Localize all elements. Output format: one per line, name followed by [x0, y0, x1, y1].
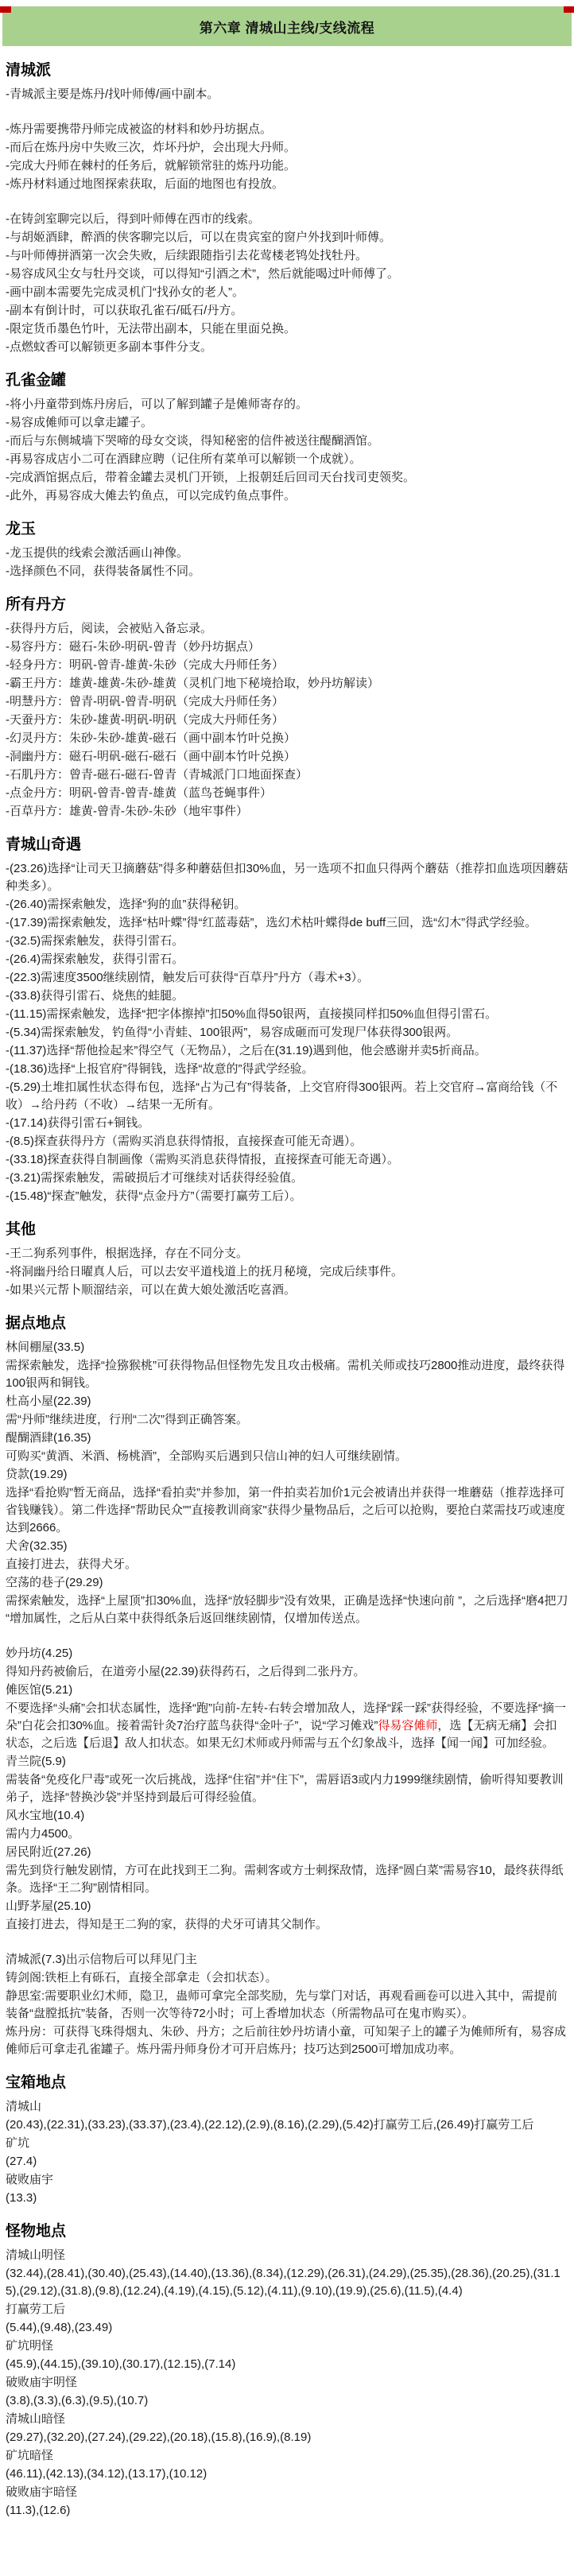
- section: 龙玉-龙玉提供的线索会激活画山神像。-选择颜色不同，获得装备属性不同。: [6, 520, 568, 580]
- text-line: 炼丹房：可获得飞珠得烟丸、朱砂、丹方；之后前往妙丹坊请小童，可知架子上的罐子为傩…: [6, 2023, 568, 2058]
- text-line: -(15.48)“探查”触发，获得“点金丹方”（需要打赢劳工后）。: [6, 1188, 568, 1205]
- section: 据点地点林间棚屋(33.5)需探索触发，选择“捡猕猴桃”可获得物品但怪物先发且攻…: [6, 1314, 568, 2058]
- section: 青城山奇遇-(23.26)选择“让司天卫摘蘑菇”得多种蘑菇但扣30%血，另一选项…: [6, 836, 568, 1205]
- text-line: -选择颜色不同，获得装备属性不同。: [6, 563, 568, 580]
- text-line: -石肌丹方：曾青-磁石-磁石-曾青（青城派门口地面探查）: [6, 766, 568, 784]
- text-line: (27.4): [6, 2153, 568, 2171]
- text-line: -(33.18)探查获得自制画像（需购买消息获得情报，直接探查可能无奇遇）。: [6, 1151, 568, 1169]
- text-line: -再易容成店小二可在酒肆应聘（记住所有菜单可以解锁一个成就）。: [6, 451, 568, 468]
- text-line: 傩医馆(5.21): [6, 1682, 568, 1699]
- section-heading: 龙玉: [6, 520, 568, 539]
- section: 孔雀金罐-将小丹童带到炼丹房后，可以了解到罐子是傩师寄存的。-易容成傩师可以拿走…: [6, 371, 568, 505]
- text-line: -而后在炼丹房中失败三次，炸坏丹炉，会出现大丹师。: [6, 139, 568, 157]
- text-line: -青城派主要是炼丹/找叶师傅/画中副本。: [6, 86, 568, 103]
- text-line: -完成大丹师在棘村的任务后，就解锁常驻的炼丹功能。: [6, 157, 568, 175]
- text-line: -(18.36)选择“上报官府”得铜钱，选择“故意的”得武学经验。: [6, 1061, 568, 1078]
- text-line: 空荡的巷子(29.29): [6, 1574, 568, 1592]
- section-heading: 宝箱地点: [6, 2074, 568, 2093]
- guide-page: 第六章 清城山主线/支线流程 清城派-青城派主要是炼丹/找叶师傅/画中副本。-炼…: [0, 6, 574, 2576]
- section: 所有丹方-获得丹方后，阅读，会被贴入备忘录。-易容丹方：磁石-朱砂-明矾-曾青（…: [6, 596, 568, 821]
- text-line: -(23.26)选择“让司天卫摘蘑菇”得多种蘑菇但扣30%血，另一选项不扣血只得…: [6, 860, 568, 895]
- text-line: 可购买“黄酒、米酒、杨桃酒”，全部购买后遇到只信山神的妇人可继续剧情。: [6, 1448, 568, 1465]
- text-line: 清城山明怪: [6, 2247, 568, 2264]
- text-line: 青兰院(5.9): [6, 1753, 568, 1771]
- section-heading: 青城山奇遇: [6, 836, 568, 855]
- text-line: -画中副本需要先完成灵机门“找孙女的老人”。: [6, 284, 568, 301]
- text-line: 破败庙宇暗怪: [6, 2484, 568, 2501]
- text-line: 妙丹坊(4.25): [6, 1645, 568, 1662]
- section: 其他-王二狗系列事件，根据选择，存在不同分支。-将洞幽丹给日曜真人后，可以去安平…: [6, 1220, 568, 1299]
- text-line: -限定货币墨色竹叶，无法带出副本，只能在里面兑换。: [6, 320, 568, 338]
- text-line: 需“丹师”继续进度，行刑“二次”得到正确答案。: [6, 1411, 568, 1429]
- chapter-header: 第六章 清城山主线/支线流程: [2, 6, 572, 46]
- section: 怪物地点清城山明怪(32.44),(28.41),(30.40),(25.43)…: [6, 2222, 568, 2520]
- text-line: -(17.39)需探索触发，选择“枯叶蝶”得“红蓝毒菇”，选幻术枯叶蝶得de b…: [6, 914, 568, 932]
- section: 清城派-青城派主要是炼丹/找叶师傅/画中副本。-炼丹需要携带丹师完成被盗的材料和…: [6, 61, 568, 356]
- text-line: 需内力4500。: [6, 1825, 568, 1843]
- text-line: (45.9),(44.15),(39.10),(30.17),(12.15),(…: [6, 2356, 568, 2373]
- text-line: 需装备“免疫化尸毒”或死一次后挑战，选择“住宿”并“住下”，需唇语3或内力199…: [6, 1771, 568, 1806]
- content: 清城派-青城派主要是炼丹/找叶师傅/画中副本。-炼丹需要携带丹师完成被盗的材料和…: [6, 61, 568, 2520]
- text-line: -(11.37)选择“帮他捡起来”得空气（无物品），之后在(31.19)遇到他，…: [6, 1042, 568, 1060]
- section-heading: 清城派: [6, 61, 568, 80]
- text-line: (46.11),(42.13),(34.12),(13.17),(10.12): [6, 2465, 568, 2483]
- text-line: 杜高小屋(22.39): [6, 1393, 568, 1410]
- text-line: 林间棚屋(33.5): [6, 1339, 568, 1356]
- section-heading: 孔雀金罐: [6, 371, 568, 390]
- text-line: 选择“看抢购”暂无商品，选择“看拍卖”并参加，第一件拍卖若加价1元会被请出并获得…: [6, 1484, 568, 1537]
- text-line: -(11.15)需探索触发，选择“把字体擦掉”扣50%血得50银两，直接摸同样扣…: [6, 1006, 568, 1023]
- text-line: 铸剑阁:铁柜上有砾石，直接全部拿走（会扣状态）。: [6, 1969, 568, 1987]
- section: 宝箱地点清城山(20.43),(22.31),(33.23),(33.37),(…: [6, 2074, 568, 2207]
- text-line: 破败庙宇明怪: [6, 2374, 568, 2392]
- text-line: 矿坑暗怪: [6, 2447, 568, 2465]
- text-line: -幻灵丹方：朱砂-朱砂-雄黄-磁石（画中副本竹叶兑换）: [6, 730, 568, 747]
- text-line: -炼丹材料通过地图探索获取，后面的地图也有投放。: [6, 176, 568, 193]
- text-line: 贷款(19.29): [6, 1466, 568, 1484]
- text-line: -天蚕丹方：朱砂-雄黄-明矾-明矾（完成大丹师任务）: [6, 712, 568, 729]
- text-line: -与胡姬酒肆，醉酒的侠客聊完以后，可以在贵宾室的窗户外找到叶师傅。: [6, 229, 568, 246]
- text-line: 得知丹药被偷后，在道旁小屋(22.39)获得药石，之后得到二张丹方。: [6, 1663, 568, 1681]
- text-line: 静思室:需要职业幻术师，隐卫，蛊师可拿完全部奖励，先与掌门对话，再观看画卷可以进…: [6, 1988, 568, 2023]
- text-line: -(17.14)获得引雷石+铜钱。: [6, 1115, 568, 1132]
- text-line: -点金丹方：明矾-曾青-曾青-雄黄（蓝鸟苍蝇事件）: [6, 785, 568, 802]
- text-line: (20.43),(22.31),(33.23),(33.37),(23.4),(…: [6, 2116, 568, 2134]
- red-artifact-left: [0, 6, 11, 13]
- text-line: -(26.4)需探索触发，获得引雷石。: [6, 951, 568, 968]
- text-line: -轻身丹方：明矾-曾青-雄黄-朱砂（完成大丹师任务）: [6, 657, 568, 674]
- section-heading: 所有丹方: [6, 596, 568, 615]
- text-line: (32.44),(28.41),(30.40),(25.43),(14.40),…: [6, 2265, 568, 2300]
- text-line: 直接打进去，获得犬牙。: [6, 1556, 568, 1573]
- text-line: -(22.3)需速度3500继续剧情，触发后可获得“百草丹”丹方（毒术+3）。: [6, 969, 568, 987]
- text-line: (29.27),(32.20),(27.24),(29.22),(20.18),…: [6, 2429, 568, 2446]
- red-artifact-right: [564, 6, 574, 13]
- text-line: -(3.21)需探索触发，需破损后才可继续对话获得经验值。: [6, 1170, 568, 1187]
- blank-line: [6, 1628, 568, 1645]
- section-heading: 据点地点: [6, 1314, 568, 1333]
- highlight-red-text: 得易容傩师: [378, 1719, 437, 1732]
- text-line: -易容丹方：磁石-朱砂-明矾-曾青（妙丹坊据点）: [6, 638, 568, 656]
- text-line: -与叶师傅拼酒第一次会失败，后续跟随指引去花莺楼老鸨处找牡丹。: [6, 247, 568, 265]
- text-line: 清城山: [6, 2098, 568, 2116]
- text-line: (13.3): [6, 2190, 568, 2207]
- page-title: 第六章 清城山主线/支线流程: [200, 17, 374, 37]
- text-line: 山野茅屋(25.10): [6, 1898, 568, 1915]
- text-line: -将洞幽丹给日曜真人后，可以去安平道栈道上的抚月秘境，完成后续事件。: [6, 1263, 568, 1281]
- text-line: (11.3),(12.6): [6, 2502, 568, 2520]
- text-line: -王二狗系列事件，根据选择，存在不同分支。: [6, 1245, 568, 1263]
- blank-line: [6, 194, 568, 211]
- text-line: 居民附近(27.26): [6, 1844, 568, 1861]
- text-line: 需先到贷行触发剧情，方可在此找到王二狗。需刺客或方士刺探敌情，选择“圆白菜”需易…: [6, 1862, 568, 1897]
- text-line: -(26.40)需探索触发，选择“狗的血”获得秘钥。: [6, 896, 568, 914]
- section-heading: 怪物地点: [6, 2222, 568, 2241]
- text-line: -龙玉提供的线索会激活画山神像。: [6, 545, 568, 562]
- text-line: -洞幽丹方：磁石-明矾-磁石-磁石（画中副本竹叶兑换）: [6, 748, 568, 766]
- text-line: -如果兴元帮卜顺溜结亲，可以在黄大娘处激活吃喜酒。: [6, 1282, 568, 1299]
- text-line: -炼丹需要携带丹师完成被盗的材料和妙丹坊据点。: [6, 121, 568, 138]
- text-line: 直接打进去，得知是王二狗的家，获得的犬牙可请其父制作。: [6, 1916, 568, 1934]
- text-line: 清城派(7.3)出示信物后可以拜见门主: [6, 1951, 568, 1969]
- section-heading: 其他: [6, 1220, 568, 1240]
- text-line: 犬舍(32.35): [6, 1538, 568, 1555]
- text-line: -明慧丹方：曾青-明矾-曾青-明矾（完成大丹师任务）: [6, 693, 568, 711]
- text-line: 风水宝地(10.4): [6, 1807, 568, 1825]
- blank-line: [6, 104, 568, 121]
- text-line: -获得丹方后，阅读，会被贴入备忘录。: [6, 620, 568, 638]
- text-line: 不要选择“头痛”会扣状态属性，选择“跑”向前-左转-右转会增加敌人，选择“踩一踩…: [6, 1700, 568, 1752]
- text-line: -(5.29)土堆扣属性状态得布包，选择“占为己有”得装备，上交官府得300银两…: [6, 1079, 568, 1114]
- text-line: 需探索触发，选择“上屋顶”扣30%血，选择“放轻脚步”没有效果，正确是选择“快速…: [6, 1593, 568, 1627]
- text-line: -而后与东侧城墙下哭啼的母女交谈，得知秘密的信件被送往醍醐酒馆。: [6, 433, 568, 450]
- text-line: -此外，再易容成大傩去钓鱼点，可以完成钓鱼点事件。: [6, 487, 568, 505]
- text-line: 清城山暗怪: [6, 2411, 568, 2428]
- text-line: -(32.5)需探索触发，获得引雷石。: [6, 933, 568, 950]
- text-line: 打赢劳工后: [6, 2301, 568, 2318]
- text-line: -易容成傩师可以拿走罐子。: [6, 414, 568, 432]
- text-line: -完成酒馆据点后，带着金罐去灵机门开锁，上报朝廷后回司天台找司吏领奖。: [6, 469, 568, 487]
- text-line: -霸王丹方：雄黄-雄黄-朱砂-雄黄（灵机门地下秘境拾取，妙丹坊解读）: [6, 675, 568, 692]
- text-line: -(5.34)需探索触发，钓鱼得“小青蛙、100银两”，易容成砸而可发现尸体获得…: [6, 1024, 568, 1042]
- text-line: (5.44),(9.48),(23.49): [6, 2319, 568, 2337]
- text-line: -点燃蚊香可以解锁更多副本事件分支。: [6, 339, 568, 356]
- text-line: 矿坑: [6, 2135, 568, 2152]
- text-line: (3.8),(3.3),(6.3),(9.5),(10.7): [6, 2392, 568, 2410]
- text-line: -副本有倒计时，可以获取孔雀石/砥石/丹方。: [6, 302, 568, 320]
- text-line: 需探索触发，选择“捡猕猴桃”可获得物品但怪物先发且攻击极痛。需机关师或技巧280…: [6, 1357, 568, 1392]
- text-line: -在铸剑室聊完以后，得到叶师傅在西市的线索。: [6, 211, 568, 228]
- text-line: -(33.8)获得引雷石、烧焦的蛙腿。: [6, 987, 568, 1005]
- text-line: -易容成风尘女与牡丹交谈，可以得知“引酒之术”，然后就能喝过叶师傅了。: [6, 266, 568, 283]
- text-line: -将小丹童带到炼丹房后，可以了解到罐子是傩师寄存的。: [6, 396, 568, 413]
- text-line: 矿坑明怪: [6, 2337, 568, 2355]
- text-line: 醍醐酒肆(16.35): [6, 1430, 568, 1447]
- text-line: -百草丹方：雄黄-曾青-朱砂-朱砂（地牢事件）: [6, 803, 568, 821]
- blank-line: [6, 1934, 568, 1951]
- text-line: -(8.5)探查获得丹方（需购买消息获得情报，直接探查可能无奇遇）。: [6, 1133, 568, 1150]
- text-line: 破败庙宇: [6, 2171, 568, 2189]
